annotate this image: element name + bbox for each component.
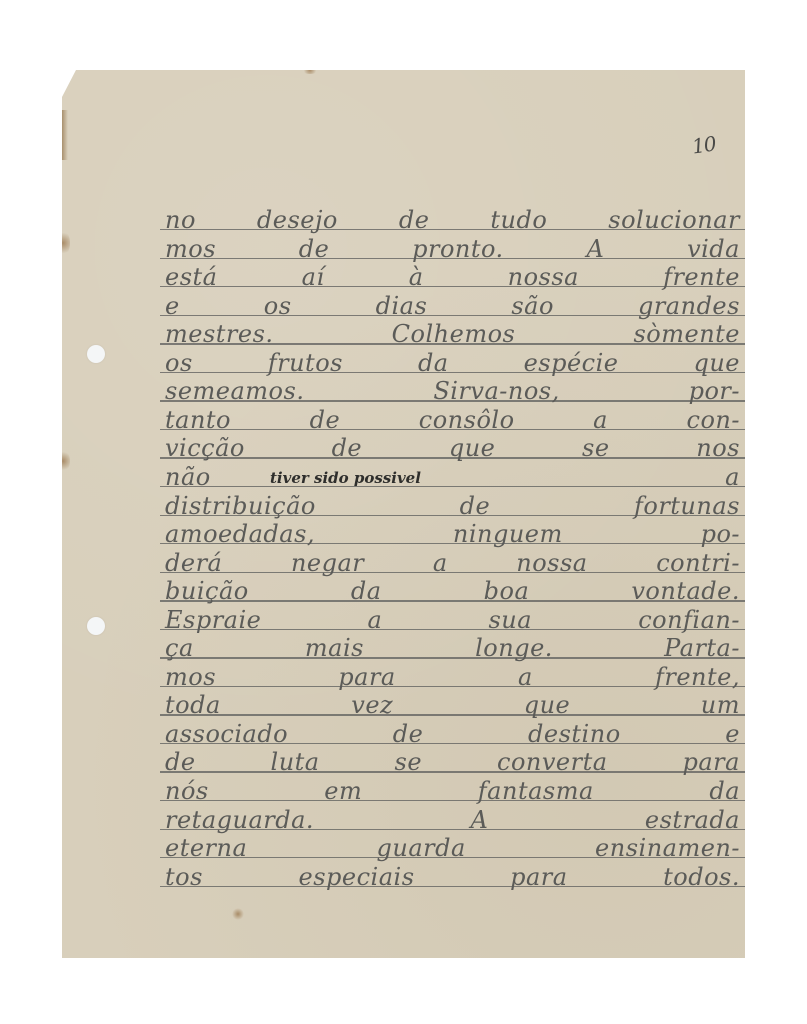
word: vida (687, 236, 740, 262)
word: um (701, 692, 740, 718)
text-line: nãoa (165, 464, 740, 490)
text-line: mosparaafrente, (165, 664, 740, 690)
text-line: todavezqueum (165, 692, 740, 718)
word: de (393, 721, 424, 747)
word: grandes (638, 293, 740, 319)
word: mos (165, 664, 216, 690)
text-line: eternaguardaensinamen- (165, 835, 740, 861)
text-line: çamaislonge.Parta- (165, 635, 740, 661)
word: ninguem (453, 521, 563, 547)
word: po- (701, 521, 740, 547)
word: da (351, 578, 382, 604)
word: a (368, 607, 383, 633)
word: A (471, 807, 489, 833)
word: mais (305, 635, 364, 661)
word: por- (689, 378, 740, 404)
word: vez (351, 692, 393, 718)
word: para (510, 864, 567, 890)
word: desejo (257, 207, 338, 233)
word: de (310, 407, 341, 433)
word: no (165, 207, 196, 233)
word: aí (302, 264, 325, 290)
word: mos (165, 236, 216, 262)
word: se (395, 749, 423, 775)
word: boa (484, 578, 530, 604)
word: destino (528, 721, 621, 747)
word: para (338, 664, 395, 690)
word: guarda (377, 835, 466, 861)
text-line: buiçãodaboavontade. (165, 578, 740, 604)
word: Espraie (165, 607, 261, 633)
word: vontade. (631, 578, 740, 604)
page-number: 10 (690, 131, 717, 158)
foxing-stain (56, 230, 70, 256)
word: luta (271, 749, 320, 775)
word: mestres. (165, 321, 274, 347)
word: longe. (475, 635, 553, 661)
text-line: associadodedestinoe (165, 721, 740, 747)
foxing-stain (232, 908, 244, 920)
word: fantasma (478, 778, 594, 804)
text-line: estáaíànossafrente (165, 264, 740, 290)
foxing-stain (56, 450, 70, 472)
text-line: eosdiassãograndes (165, 293, 740, 319)
word: sòmente (633, 321, 740, 347)
word: de (299, 236, 330, 262)
word: em (324, 778, 362, 804)
text-line: mestres.Colhemossòmente (165, 321, 740, 347)
text-line: distribuiçãodefortunas (165, 493, 740, 519)
word: con- (687, 407, 740, 433)
punch-hole-top (87, 345, 105, 363)
word: todos. (663, 864, 740, 890)
word: não (165, 464, 211, 490)
word: e (165, 293, 180, 319)
word: associado (165, 721, 288, 747)
word: pronto. (412, 236, 504, 262)
word: frente (663, 264, 740, 290)
word: tanto (165, 407, 231, 433)
word: especiais (299, 864, 415, 890)
word: sua (488, 607, 532, 633)
word: derá (165, 550, 222, 576)
word: frente, (655, 664, 740, 690)
word: espécie (524, 350, 619, 376)
text-line: vicçãodequesenos (165, 435, 740, 461)
word: fortunas (634, 493, 740, 519)
word: A (586, 236, 604, 262)
word: ça (165, 635, 194, 661)
word: vicção (165, 435, 245, 461)
word: eterna (165, 835, 247, 861)
word: e (725, 721, 740, 747)
word: de (460, 493, 491, 519)
word: distribuição (165, 493, 316, 519)
word: estrada (645, 807, 740, 833)
text-line: nósemfantasmada (165, 778, 740, 804)
text-line: nodesejodetudosolucionar (165, 207, 740, 233)
text-line: amoedadas,ninguempo- (165, 521, 740, 547)
word: solucionar (608, 207, 740, 233)
word: nos (696, 435, 740, 461)
word: nossa (516, 550, 587, 576)
text-line: tosespeciaisparatodos. (165, 864, 740, 890)
text-line: retaguarda.Aestrada (165, 807, 740, 833)
word: são (511, 293, 554, 319)
text-line: deránegaranossacontri- (165, 550, 740, 576)
word: a (725, 464, 740, 490)
word: nós (165, 778, 209, 804)
word: Sirva-nos, (433, 378, 559, 404)
word: a (433, 550, 448, 576)
text-line: tantodeconsôloacon- (165, 407, 740, 433)
word: amoedadas, (165, 521, 315, 547)
text-line: Espraieasuaconfian- (165, 607, 740, 633)
word: Parta- (664, 635, 740, 661)
word: que (693, 350, 740, 376)
punch-hole-bottom (87, 617, 105, 635)
word: consôlo (419, 407, 515, 433)
word: converta (497, 749, 608, 775)
word: tos (165, 864, 203, 890)
foxing-stain (302, 66, 318, 74)
word: da (709, 778, 740, 804)
word: semeamos. (165, 378, 304, 404)
word: tudo (490, 207, 547, 233)
word: negar (291, 550, 364, 576)
word: ensinamen- (595, 835, 740, 861)
word: à (409, 264, 424, 290)
text-line: semeamos.Sirva-nos,por- (165, 378, 740, 404)
word: de (399, 207, 430, 233)
word: toda (165, 692, 221, 718)
word: os (165, 350, 193, 376)
text-line: mosdepronto.Avida (165, 236, 740, 262)
word: está (165, 264, 217, 290)
word: da (418, 350, 449, 376)
word: contri- (656, 550, 740, 576)
word: confian- (638, 607, 740, 633)
word: a (593, 407, 608, 433)
word: de (332, 435, 363, 461)
word: dias (376, 293, 428, 319)
word: que (449, 435, 496, 461)
word: se (582, 435, 610, 461)
text-line: osfrutosdaespécieque (165, 350, 740, 376)
text-line: delutaseconvertapara (165, 749, 740, 775)
word: para (683, 749, 740, 775)
word: de (165, 749, 196, 775)
word: a (518, 664, 533, 690)
word: nossa (508, 264, 579, 290)
word: Colhemos (392, 321, 516, 347)
interlinear-insertion: tiver sido possivel (270, 469, 421, 487)
word: os (264, 293, 292, 319)
word: frutos (268, 350, 343, 376)
word: que (524, 692, 571, 718)
word: retaguarda. (165, 807, 314, 833)
word: buição (165, 578, 249, 604)
